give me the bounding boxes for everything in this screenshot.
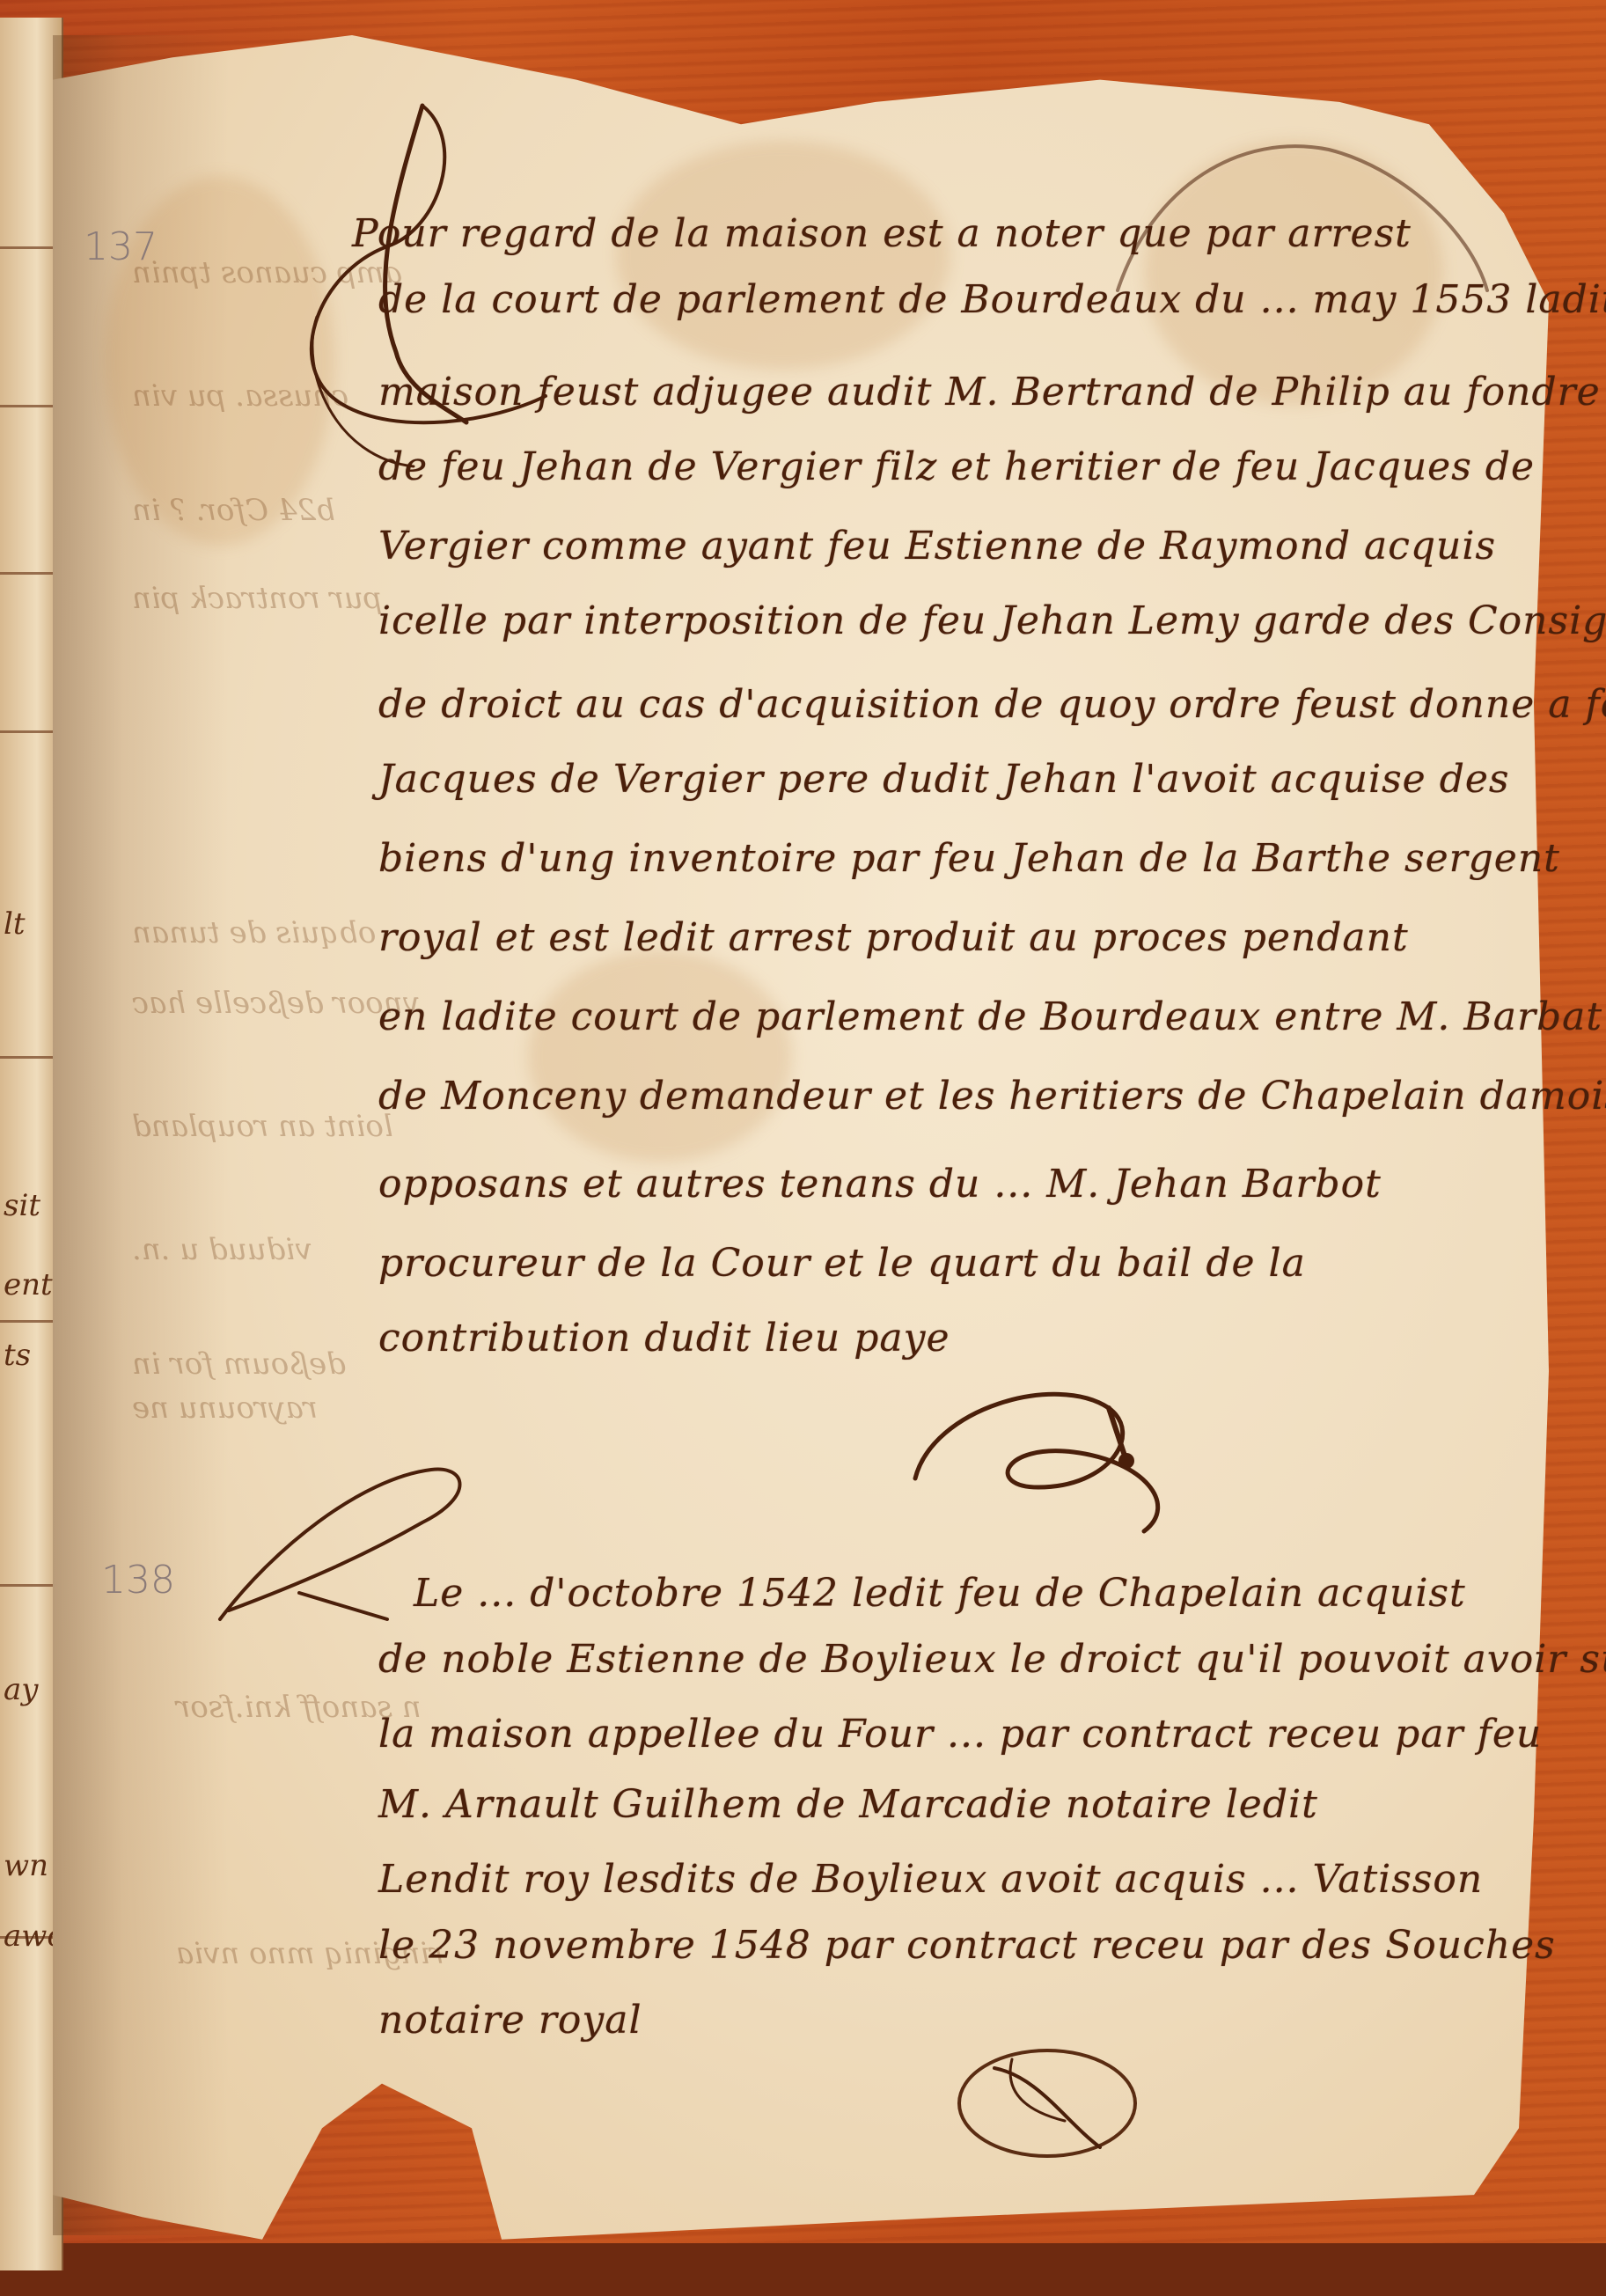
ink-bleed-through: obquis de tunan xyxy=(132,915,376,950)
ink-bleed-through: viduud u .n. xyxy=(132,1232,312,1267)
margin-rule xyxy=(0,572,53,575)
manuscript-line: en ladite court de parlement de Bourdeau… xyxy=(378,994,1602,1039)
manuscript-line: Pour regard de la maison est a noter que… xyxy=(352,211,1412,256)
manuscript-line: maison feust adjugee audit M. Bertrand d… xyxy=(378,370,1601,414)
ink-bleed-through: rayrounu ne xyxy=(132,1390,318,1426)
manuscript-line: biens d'ung inventoire par feu Jehan de … xyxy=(378,836,1560,881)
manuscript-line: M. Arnault Guilhem de Marcadie notaire l… xyxy=(378,1782,1318,1827)
margin-fragment: wn xyxy=(4,1848,48,1883)
manuscript-line: le 23 novembre 1548 par contract receu p… xyxy=(378,1923,1556,1968)
margin-rule xyxy=(0,1584,53,1587)
manuscript-line: Vergier comme ayant feu Estienne de Raym… xyxy=(378,524,1496,568)
margin-rule xyxy=(0,1320,53,1323)
margin-fragment: sit xyxy=(4,1188,40,1223)
manuscript-line: opposans et autres tenans du ... M. Jeha… xyxy=(378,1162,1382,1207)
folio-number-top: 137 xyxy=(84,224,158,269)
closing-paraph-monogram xyxy=(933,2015,1162,2191)
margin-rule xyxy=(0,1056,53,1059)
ink-bleed-through: pur rontrack pin xyxy=(132,581,383,616)
ink-bleed-through: loint an roupland xyxy=(132,1109,393,1144)
folio-number-bottom: 138 xyxy=(101,1558,175,1603)
manuscript-line: de feu Jehan de Vergier filz et heritier… xyxy=(378,444,1535,489)
manuscript-line: Le ... d'octobre 1542 ledit feu de Chape… xyxy=(414,1571,1466,1616)
water-stain xyxy=(528,950,792,1162)
manuscript-line: de droict au cas d'acquisition de quoy o… xyxy=(378,682,1606,727)
manuscript-line: la maison appellee du Four ... par contr… xyxy=(378,1712,1542,1757)
margin-fragment: ent xyxy=(4,1267,53,1302)
manuscript-line: icelle par interposition de feu Jehan Le… xyxy=(378,598,1606,643)
margin-fragment: ts xyxy=(4,1338,31,1373)
margin-rule xyxy=(0,730,53,733)
table-edge xyxy=(0,2243,1606,2296)
margin-fragment: lt xyxy=(4,906,26,942)
ink-bleed-through: deßoum for in xyxy=(132,1346,346,1382)
manuscript-line: Lendit roy lesdits de Boylieux avoit acq… xyxy=(378,1857,1483,1902)
manuscript-line: de noble Estienne de Boylieux le droict … xyxy=(378,1637,1606,1682)
margin-rule xyxy=(0,405,53,407)
margin-fragment: ay xyxy=(4,1672,38,1707)
manuscript-line: Jacques de Vergier pere dudit Jehan l'av… xyxy=(378,757,1510,802)
manuscript-line: de Monceny demandeur et les heritiers de… xyxy=(378,1074,1606,1119)
margin-rule xyxy=(0,246,53,249)
ink-bleed-through: vnoor deßcelle hac xyxy=(132,986,420,1021)
paraph-flourish xyxy=(880,1355,1250,1549)
manuscript-line: royal et est ledit arrest produit au pro… xyxy=(378,915,1409,960)
manuscript-line: notaire royal xyxy=(378,1998,642,2043)
manuscript-line: contribution dudit lieu paye xyxy=(378,1316,950,1361)
manuscript-line: procureur de la Cour et le quart du bail… xyxy=(378,1241,1306,1286)
manuscript-line: de la court de parlement de Bourdeaux du… xyxy=(378,277,1606,322)
